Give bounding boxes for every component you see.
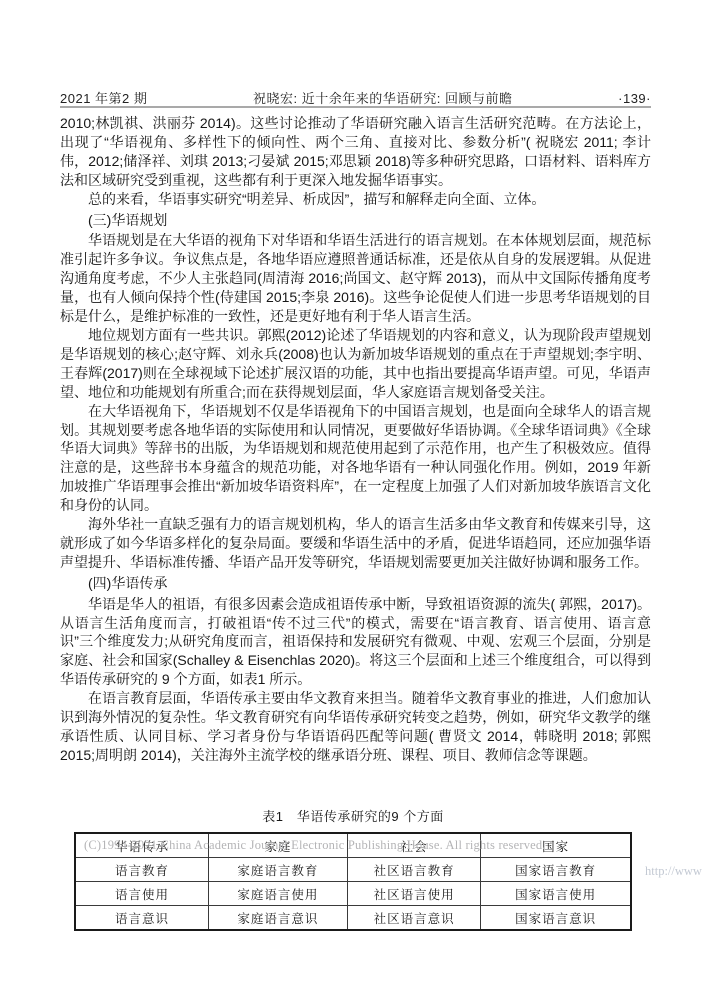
table-header-cell: 社会: [347, 833, 480, 858]
table-cell: 国家语言教育: [481, 858, 631, 882]
running-head: 2021 年第2 期 祝晓宏: 近十余年来的华语研究: 回顾与前瞻 ·139·: [60, 88, 651, 107]
table-cell: 家庭语言教育: [208, 858, 347, 882]
table-cell: 语言教育: [75, 858, 208, 882]
table-body: 语言教育家庭语言教育社区语言教育国家语言教育语言使用家庭语言使用社区语言使用国家…: [75, 858, 631, 931]
article-body: 2010;林凯祺、洪丽芬 2014)。这些讨论推动了华语研究融入语言生活研究范畴…: [60, 114, 651, 765]
table-cell: 社区语言教育: [347, 858, 480, 882]
table-cell: 国家语言意识: [481, 906, 631, 931]
table-header-cell: 华语传承: [75, 833, 208, 858]
table-header-row: 华语传承家庭社会国家: [75, 833, 631, 858]
table-cell: 语言使用: [75, 882, 208, 906]
paragraph: 总的来看，华语事实研究“明差异、析成因”，描写和解释走向全面、立体。: [60, 190, 651, 209]
paragraph: 地位规划方面有一些共识。郭熙(2012)论述了华语规划的内容和意义，认为现阶段声…: [60, 326, 651, 402]
paragraph: 在大华语视角下，华语规划不仅是华语视角下的中国语言规划，也是面向全球华人的语言规…: [60, 402, 651, 515]
paragraph: 华语是华人的祖语，有很多因素会造成祖语传承中断，导致祖语资源的流失( 郭熙，20…: [60, 595, 651, 690]
paragraph: 海外华社一直缺乏强有力的语言规划机构，华人的语言生活多由华文教育和传媒来引导，这…: [60, 515, 651, 572]
table-caption: 表1 华语传承研究的9 个方面: [74, 806, 632, 825]
heritage-aspects-table: 华语传承家庭社会国家 语言教育家庭语言教育社区语言教育国家语言教育语言使用家庭语…: [74, 832, 632, 931]
table-row: 语言教育家庭语言教育社区语言教育国家语言教育: [75, 858, 631, 882]
url-watermark: http://www: [645, 864, 711, 879]
table-cell: 国家语言使用: [481, 882, 631, 906]
paragraph: 华语规划是在大华语的视角下对华语和华语生活进行的语言规划。在本体规划层面，规范标…: [60, 231, 651, 326]
table-row: 语言意识家庭语言意识社区语言意识国家语言意识: [75, 906, 631, 931]
table-cell: 家庭语言意识: [208, 906, 347, 931]
table-header-cell: 家庭: [208, 833, 347, 858]
paragraph: 在语言教育层面，华语传承主要由华文教育来担当。随着华文教育事业的推进，人们愈加认…: [60, 689, 651, 765]
table-section: 表1 华语传承研究的9 个方面 华语传承家庭社会国家 语言教育家庭语言教育社区语…: [74, 806, 632, 931]
section-heading: (三)华语规划: [60, 211, 651, 230]
table-cell: 家庭语言使用: [208, 882, 347, 906]
table-cell: 社区语言意识: [347, 906, 480, 931]
page-number: ·139·: [618, 91, 651, 106]
table-header-cell: 国家: [481, 833, 631, 858]
table-cell: 社区语言使用: [347, 882, 480, 906]
running-title: 祝晓宏: 近十余年来的华语研究: 回顾与前瞻: [147, 88, 618, 107]
issue-label: 2021 年第2 期: [60, 88, 147, 107]
paragraph: 2010;林凯祺、洪丽芬 2014)。这些讨论推动了华语研究融入语言生活研究范畴…: [60, 114, 651, 190]
section-heading: (四)华语传承: [60, 574, 651, 593]
journal-page: 2021 年第2 期 祝晓宏: 近十余年来的华语研究: 回顾与前瞻 ·139· …: [0, 0, 711, 1006]
table-row: 语言使用家庭语言使用社区语言使用国家语言使用: [75, 882, 631, 906]
table-cell: 语言意识: [75, 906, 208, 931]
header-rule: [60, 106, 651, 108]
